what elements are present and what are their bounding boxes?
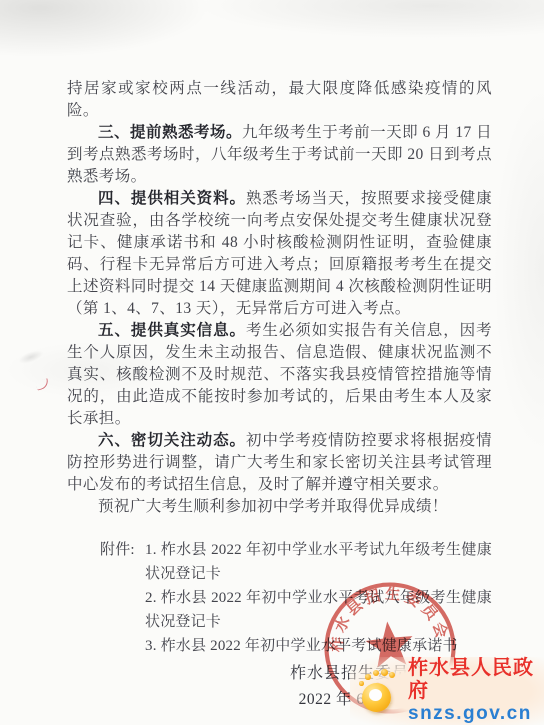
paragraph-item-3: 三、提前熟悉考场。九年级考生于考前一天即 6 月 17 日到考点熟悉考场时，八年… xyxy=(67,122,492,188)
paragraph-item-4: 四、提供相关资料。熟悉考场当天，按照要求接受健康状况查验，由各学校统一向考点安保… xyxy=(67,188,492,320)
paragraph-continuation: 持居家或家校两点一线活动，最大限度降低感染疫情的风险。 xyxy=(67,78,492,122)
paragraph-heading: 四、提供相关资料。 xyxy=(98,190,246,207)
footprint-logo-icon xyxy=(358,666,402,716)
attachment-item: 1. 柞水县 2022 年初中学业水平考试九年级考生健康状况登记卡 xyxy=(145,538,492,586)
paragraph-heading: 三、提前熟悉考场。 xyxy=(98,124,242,141)
footprint-heel-highlight xyxy=(369,689,382,701)
footprint-toe-icon xyxy=(359,681,364,686)
site-watermark-banner: 柞水县人民政府 snzs.gov.cn xyxy=(350,657,544,725)
pen-mark-artifact xyxy=(35,378,50,391)
attachments-block: 附件: 1. 柞水县 2022 年初中学业水平考试九年级考生健康状况登记卡 2.… xyxy=(100,538,492,658)
scanned-document-page: 持居家或家校两点一线活动，最大限度降低感染疫情的风险。 三、提前熟悉考场。九年级… xyxy=(0,0,544,725)
paragraph-text: 熟悉考场当天，按照要求接受健康状况查验，由各学校统一向考点安保处提交考生健康状况… xyxy=(67,190,492,317)
paragraph-text: 预祝广大考生顺利参加初中学考并取得优异成绩！ xyxy=(98,498,448,515)
footprint-toe-icon xyxy=(365,674,371,680)
document-body: 持居家或家校两点一线活动，最大限度降低感染疫情的风险。 三、提前熟悉考场。九年级… xyxy=(67,78,492,711)
footprint-toe-icon xyxy=(381,669,388,676)
paragraph-closing-wish: 预祝广大考生顺利参加初中学考并取得优异成绩！ xyxy=(67,496,492,518)
site-identity: 柞水县人民政府 snzs.gov.cn xyxy=(408,657,544,725)
footprint-toe-icon xyxy=(389,672,395,678)
paragraph-item-5: 五、提供真实信息。考生必须如实报告有关信息，因考生个人原因，发生未主动报告、信息… xyxy=(67,320,492,430)
paragraph-text: 持居家或家校两点一线活动，最大限度降低感染疫情的风险。 xyxy=(67,80,492,119)
attachments-list: 1. 柞水县 2022 年初中学业水平考试九年级考生健康状况登记卡 2. 柞水县… xyxy=(145,538,492,658)
site-url: snzs.gov.cn xyxy=(408,703,544,725)
attachment-item: 2. 柞水县 2022 年初中学业水平考试八年级考生健康状况登记卡 xyxy=(145,586,492,634)
scan-smudge xyxy=(17,348,45,366)
attachment-item: 3. 柞水县 2022 年初中学业水平考试健康承诺书 xyxy=(145,634,492,658)
footprint-heel-icon xyxy=(362,683,391,712)
attachments-label: 附件: xyxy=(100,538,145,658)
footprint-toe-icon xyxy=(373,670,379,676)
paragraph-item-6: 六、密切关注动态。初中学考疫情防控要求将根据疫情防控形势进行调整，请广大考生和家… xyxy=(67,430,492,496)
site-name: 柞水县人民政府 xyxy=(408,657,544,703)
paragraph-heading: 六、密切关注动态。 xyxy=(98,432,246,449)
paragraph-heading: 五、提供真实信息。 xyxy=(98,322,246,339)
